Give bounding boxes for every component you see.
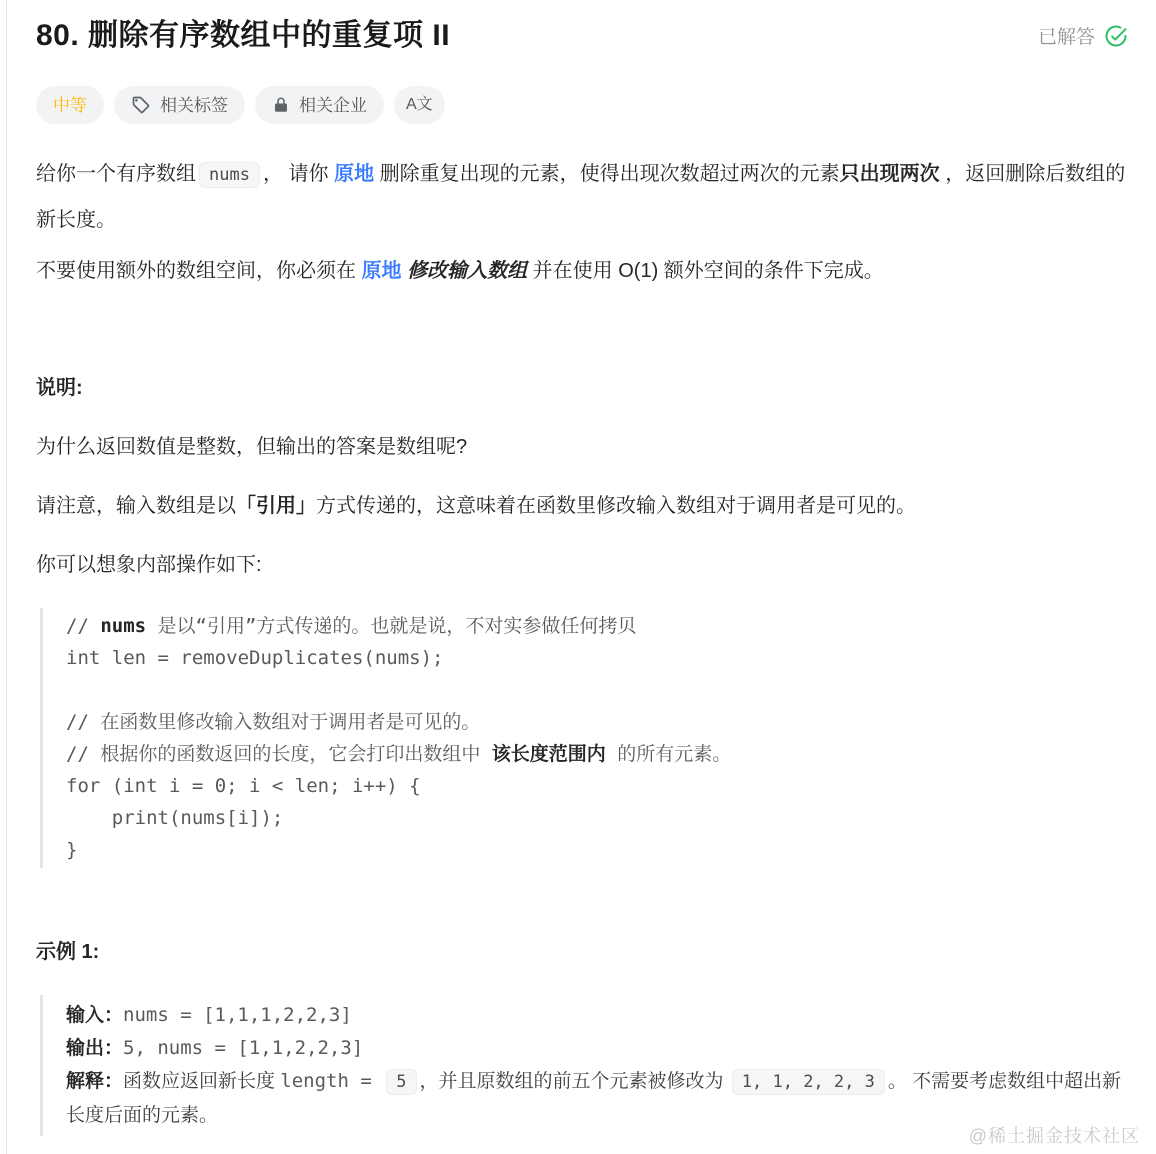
problem-description-panel: 80. 删除有序数组中的重复项 II 已解答 中等 相关标签 相关企业 A文 给… [0,0,1156,1136]
note-question-1: 为什么返回数值是整数，但输出的答案是数组呢? [36,425,1128,470]
related-companies-label: 相关企业 [299,97,367,114]
code-line: // nums 是以“引用”方式传递的。也就是说，不对实参做任何拷贝 [66,610,1128,642]
input-value: nums = [1,1,1,2,2,3] [123,1004,352,1026]
note-heading: 说明: [36,366,1128,411]
difficulty-badge: 中等 [36,86,104,124]
translate-button[interactable]: A文 [394,86,445,124]
example-1-heading: 示例 1: [36,930,1128,975]
statement-bold: 只出现两次 [840,163,940,185]
explanation-text: 函数应返回新长度 [123,1071,280,1092]
in-place-link[interactable]: 原地 [334,163,374,185]
solved-status-badge: 已解答 [1038,22,1128,49]
statement-bold: 「引用」 [236,495,316,517]
related-companies-button[interactable]: 相关企业 [255,86,384,124]
output-value: 5, nums = [1,1,2,2,3] [123,1037,363,1059]
code-line: // 在函数里修改输入数组对于调用者是可见的。 [66,706,1128,738]
lock-icon [272,96,290,114]
page-title: 80. 删除有序数组中的重复项 II [36,14,450,58]
note-question-3: 你可以想象内部操作如下: [36,543,1128,588]
code-line-blank [66,674,1128,706]
panel-divider [6,0,7,1154]
statement-text: 删除重复出现的元素，使得出现次数超过两次的元素 [374,163,840,185]
statement-text: 给你一个有序数组 [36,163,196,185]
tag-icon [131,95,151,115]
explanation-text: ，并且原数组的前五个元素被修改为 [420,1071,729,1092]
related-tags-button[interactable]: 相关标签 [114,86,245,124]
example-1-block: 输入：nums = [1,1,1,2,2,3] 输出：5, nums = [1,… [40,995,1128,1136]
code-comment: // 根据你的函数返回的长度，它会打印出数组中 [66,743,492,765]
statement-text: 不要使用额外的数组空间，你必须在 [36,260,362,282]
code-comment: 是以“引用”方式传递的。也就是说，不对实参做任何拷贝 [146,615,636,637]
code-line: for (int i = 0; i < len; i++) { [66,770,1128,802]
problem-statement-paragraph-1: 给你一个有序数组nums， 请你 原地 删除重复出现的元素，使得出现次数超过两次… [36,152,1128,243]
example-input-line: 输入：nums = [1,1,1,2,2,3] [66,999,1128,1032]
problem-statement-paragraph-2: 不要使用额外的数组空间，你必须在 原地 修改输入数组 并在使用 O(1) 额外空… [36,249,1128,294]
pseudo-code-block: // nums 是以“引用”方式传递的。也就是说，不对实参做任何拷贝 int l… [40,608,1128,868]
code-line: int len = removeDuplicates(nums); [66,642,1128,674]
check-circle-icon [1104,24,1128,48]
code-line: // 根据你的函数返回的长度，它会打印出数组中 该长度范围内 的所有元素。 [66,738,1128,770]
statement-text: 并在使用 O(1) 额外空间的条件下完成。 [527,260,884,282]
statement-text: ， 请你 [263,163,334,185]
statement-bold-italic: 修改输入数组 [407,260,527,282]
translate-icon: A文 [406,97,433,113]
input-label: 输入： [66,1005,123,1026]
statement-text: 请注意，输入数组是以 [36,495,236,517]
code-bold: nums [100,615,146,637]
explanation-label: 解释： [66,1071,123,1092]
inline-code-length-value: 5 [386,1069,416,1095]
in-place-link[interactable]: 原地 [362,260,402,282]
example-output-line: 输出：5, nums = [1,1,2,2,3] [66,1032,1128,1065]
note-question-2: 请注意，输入数组是以「引用」方式传递的，这意味着在函数里修改输入数组对于调用者是… [36,484,1128,529]
inline-code-array-values: 1, 1, 2, 2, 3 [732,1069,885,1095]
code-bold: 该长度范围内 [492,743,606,765]
badge-row: 中等 相关标签 相关企业 A文 [36,86,1128,124]
community-watermark: @稀土掘金技术社区 [969,1122,1140,1148]
statement-text: 方式传递的，这意味着在函数里修改输入数组对于调用者是可见的。 [316,495,916,517]
output-label: 输出： [66,1038,123,1059]
related-tags-label: 相关标签 [160,97,228,114]
code-comment: 的所有元素。 [606,743,731,765]
code-comment: // [66,615,100,637]
inline-code-nums: nums [199,162,260,188]
solved-label: 已解答 [1038,22,1095,49]
explanation-mono: length = [280,1070,383,1092]
header: 80. 删除有序数组中的重复项 II 已解答 [36,14,1128,58]
code-line: } [66,834,1128,866]
code-line: print(nums[i]); [66,802,1128,834]
